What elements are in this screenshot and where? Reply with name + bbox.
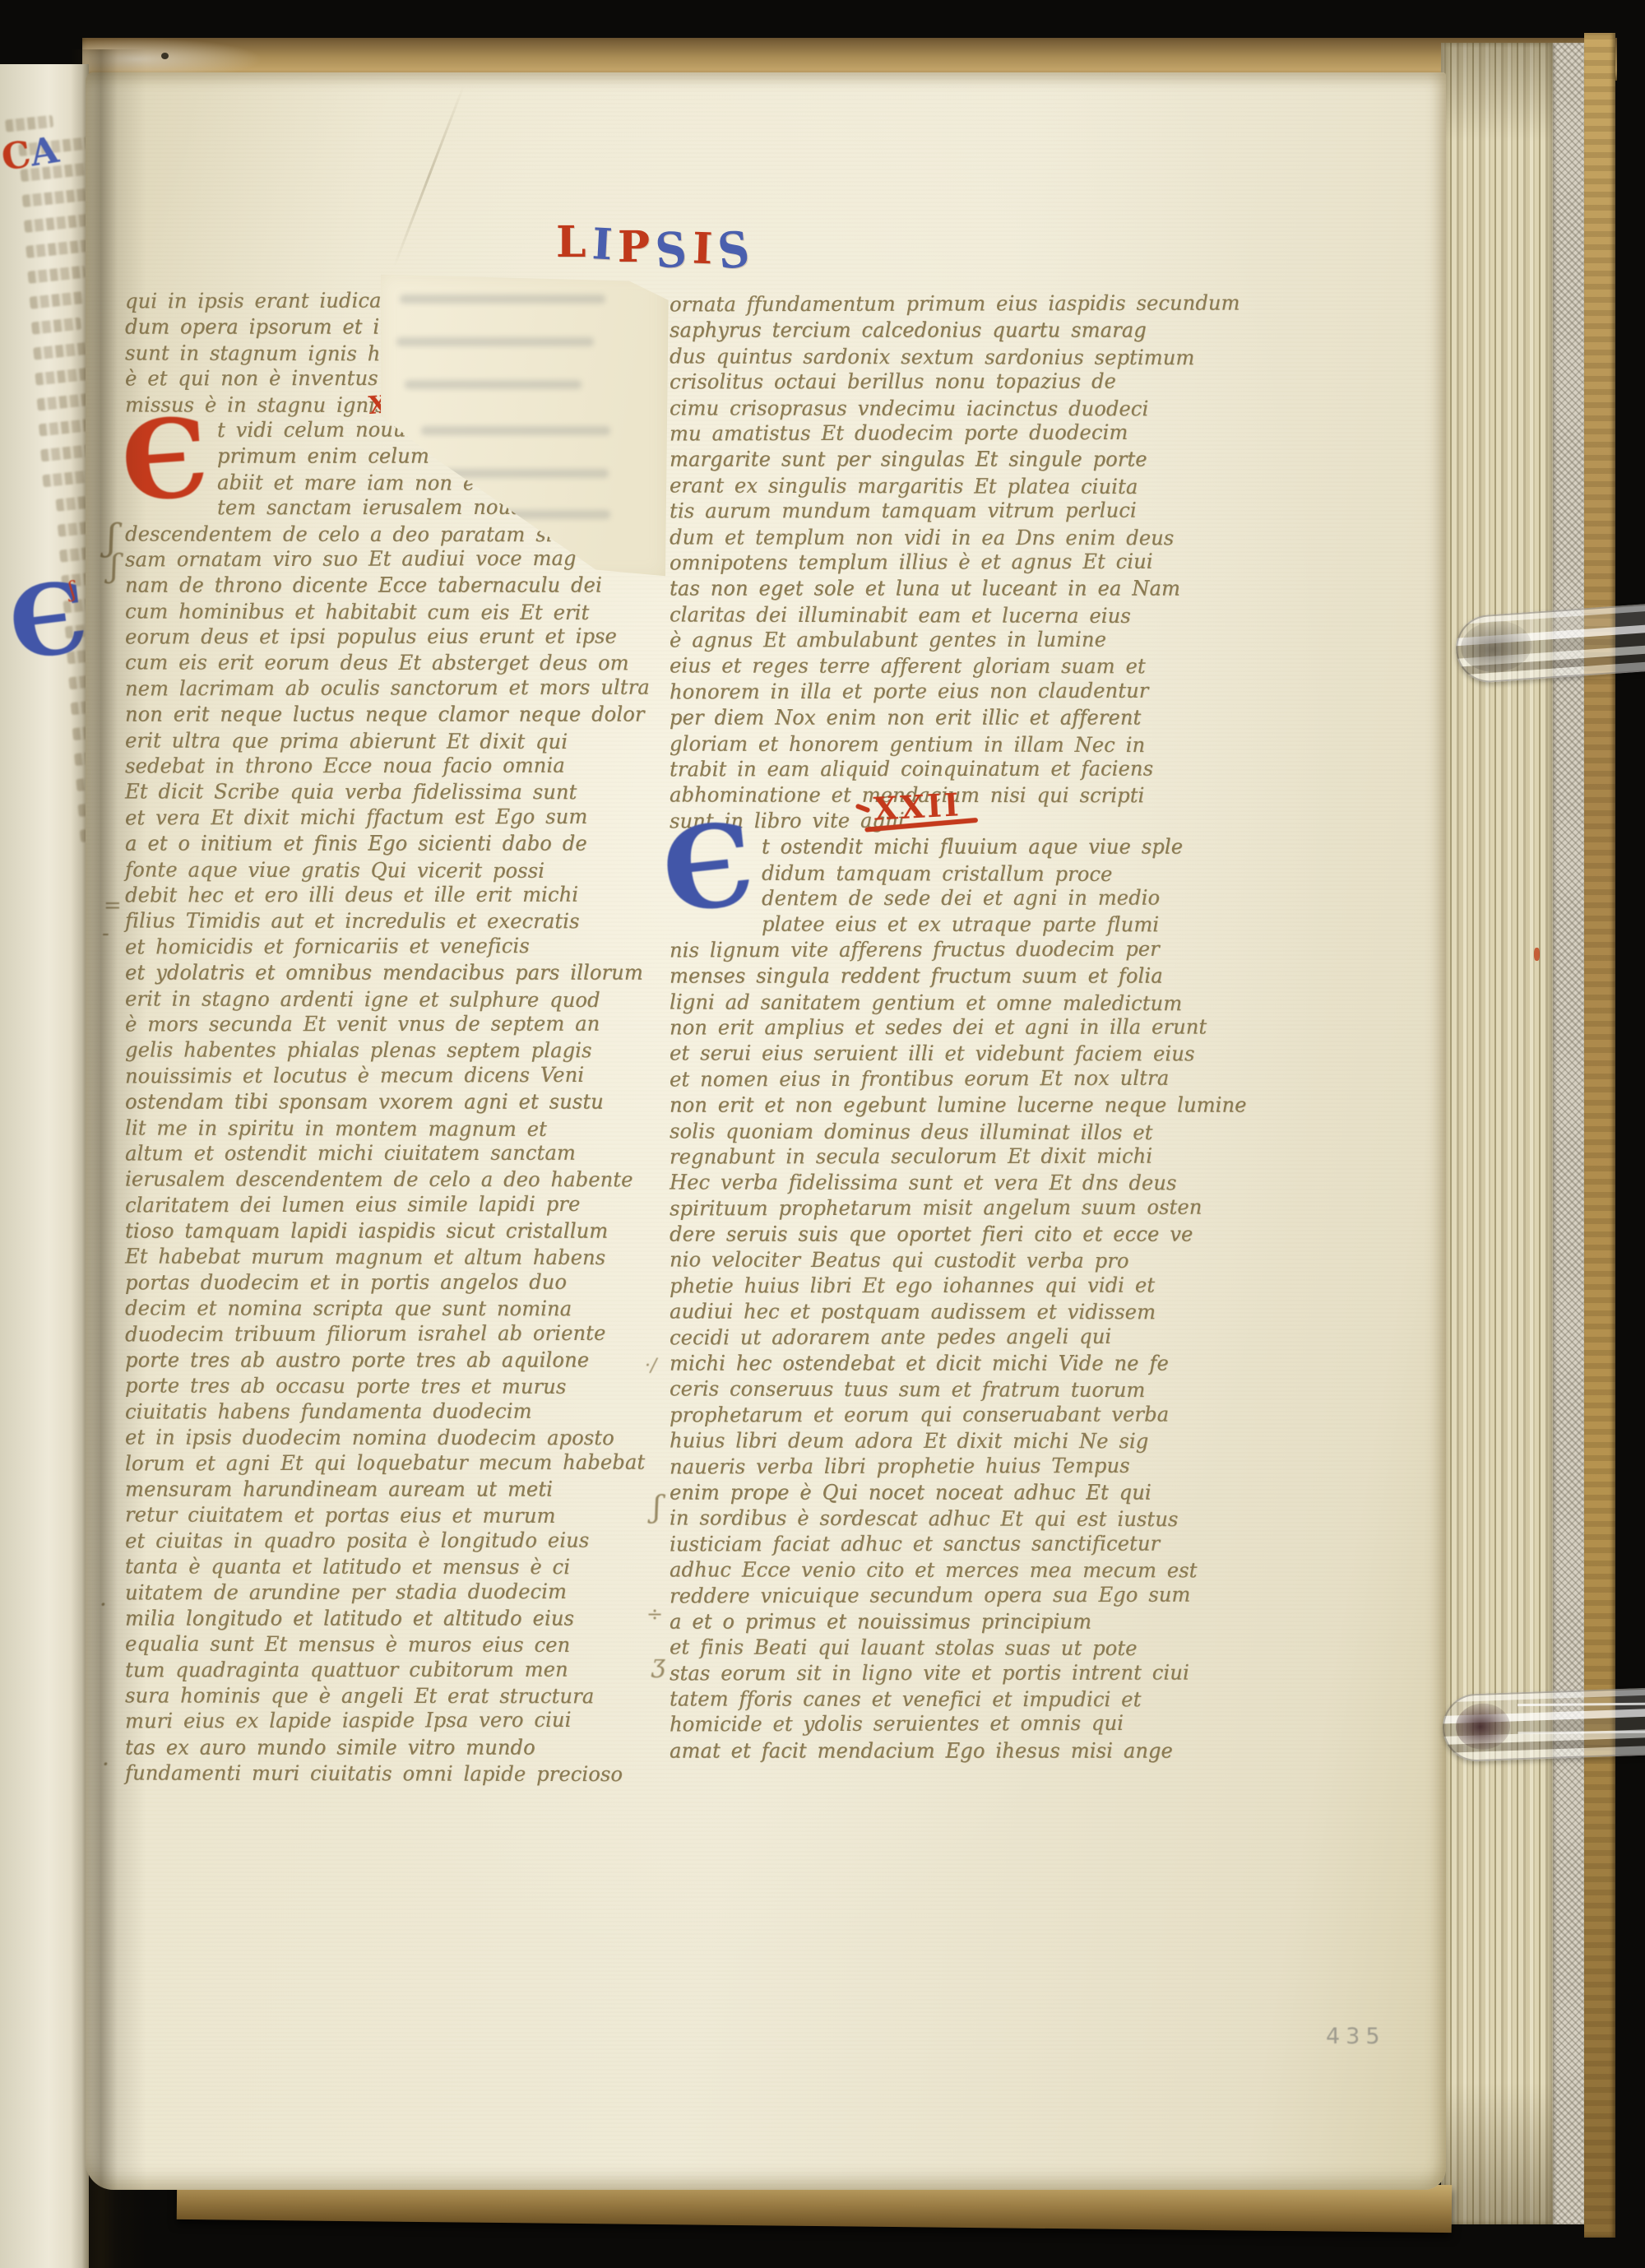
left-column-line: altum et ostendit michi ciuitatem sancta… — [125, 1140, 619, 1168]
facing-page-running-title-fragment: CA — [0, 129, 62, 179]
left-column-line: fonte aque viue gratis Qui vicerit possi — [125, 857, 619, 886]
right-column-line: per diem Nox enim non erit illic et affe… — [670, 705, 1186, 732]
facing-page-text-bar — [58, 519, 89, 536]
right-column-line: homicide et ydolis seruientes et omnis q… — [670, 1711, 1186, 1740]
left-column-line: uitatem de arundine per stadia duodecim — [125, 1579, 619, 1607]
right-column-line: tas non eget sole et luna ut luceant in … — [670, 576, 1186, 603]
running-title-letter: S — [715, 220, 758, 281]
margin-nota-mark: ·/ — [645, 1356, 656, 1376]
left-column-line: filius Timidis aut et incredulis et exec… — [125, 908, 619, 936]
left-column-line: fundamenti muri ciuitatis omni lapide pr… — [125, 1760, 619, 1789]
facing-page-text-bar — [35, 365, 89, 386]
right-column-line: amat et facit mendacium Ego ihesus misi … — [670, 1738, 1186, 1765]
blue-initial-e-chapter-22: Є — [658, 817, 758, 919]
right-column-line: omnipotens templum illius è et agnus Et … — [670, 549, 1186, 577]
right-column-line: adhuc Ecce venio cito et merces mea mecu… — [670, 1557, 1186, 1585]
left-column-line: equalia sunt Et mensus è muros eius cen — [125, 1631, 619, 1660]
facing-page-text-bar — [31, 318, 81, 335]
right-column-line: non erit et non egebunt lumine lucerne n… — [670, 1092, 1186, 1120]
right-column-line: et nomen eius in frontibus eorum Et nox … — [670, 1065, 1186, 1094]
left-column-line: et ciuitas in quadro posita è longitudo … — [125, 1528, 619, 1556]
chapter-numeral-xxii: XXII — [873, 786, 962, 828]
right-column-line: michi hec ostendebat et dicit michi Vide… — [670, 1351, 1186, 1378]
right-column-line: audiui hec et postquam audissem et vidis… — [670, 1299, 1186, 1327]
left-column-line: et homicidis et fornicariis et veneficis — [125, 933, 619, 962]
red-initial-e-chapter-21: Є — [118, 413, 211, 508]
facing-page-text-bar — [56, 494, 89, 512]
left-column-line: et ydolatris et omnibus mendacibus pars … — [125, 960, 619, 987]
facing-page-strip: CA Є ʃ — [0, 64, 89, 2268]
left-column-line: nam de throno dicente Ecce tabernaculu d… — [125, 573, 619, 600]
right-column-line: margarite sunt per singulas Et singule p… — [670, 447, 1186, 474]
right-column-line: mu amatistus Et duodecim porte duodecim — [670, 420, 1186, 448]
right-column-line: regnabunt in secula seculorum Et dixit m… — [670, 1143, 1186, 1171]
left-column-line: claritatem dei lumen eius simile lapidi … — [125, 1191, 619, 1220]
right-column-line: enim prope è Qui nocet noceat adhuc Et q… — [670, 1480, 1186, 1507]
running-title-letter: P — [618, 222, 656, 272]
left-column-line: retur ciuitatem et portas eius et murum — [125, 1502, 619, 1531]
right-column-line: huius libri deum adora Et dixit michi Ne… — [670, 1428, 1186, 1456]
right-column-line: honorem in illa et porte eius non claude… — [670, 678, 1186, 707]
left-column-line: gelis habentes phialas plenas septem pla… — [125, 1037, 619, 1065]
left-column-line: tas ex auro mundo simile vitro mundo — [125, 1735, 619, 1762]
manuscript-photo: CA Є ʃ LIPSIS qui in ipsis erant iudicat… — [0, 0, 1645, 2268]
left-column-line: Et dicit Scribe quia verba fidelissima s… — [125, 779, 619, 807]
right-column-line: è agnus Et ambulabunt gentes in lumine — [670, 627, 1186, 655]
margin-nota-mark: ʃ — [110, 548, 118, 584]
left-column-line: ostendam tibi sponsam vxorem agni et sus… — [125, 1089, 619, 1116]
right-column-line: et finis Beati qui lauant stolas suas ut… — [670, 1635, 1186, 1663]
right-column-line: nio velociter Beatus qui custodit verba … — [670, 1248, 1186, 1277]
margin-nota-mark: ʃ — [653, 1491, 661, 1524]
left-column-line: et in ipsis duodecim nomina duodecim apo… — [125, 1425, 619, 1453]
right-column-line: prophetarum et eorum qui conseruabant ve… — [670, 1402, 1186, 1430]
facing-page-text-bar — [22, 188, 89, 207]
left-column-line: tioso tamquam lapidi iaspidis sicut cris… — [125, 1218, 619, 1245]
right-column-line: iusticiam faciat adhuc et sanctus sancti… — [670, 1531, 1186, 1559]
right-column-line: non erit amplius et sedes dei et agni in… — [670, 1014, 1186, 1042]
facing-page-text-bar — [24, 214, 89, 233]
left-column-line: ierusalem descendentem de celo a deo hab… — [125, 1166, 619, 1194]
facing-page-text-bar — [33, 340, 89, 360]
right-column-line: ceris conseruus tuus sum et fratrum tuor… — [670, 1376, 1186, 1405]
margin-nota-mark: · — [100, 1591, 107, 1618]
running-title-lipsis: LIPSIS — [556, 217, 754, 267]
right-column-line: eius et reges terre afferent gloriam sua… — [670, 654, 1186, 682]
facing-page-text-bar — [42, 469, 89, 487]
margin-nota-mark: - — [102, 921, 109, 946]
patch-ghost-text-line — [444, 469, 609, 478]
patch-ghost-text-line — [396, 337, 594, 346]
right-column-line: menses singula reddent fructum suum et f… — [670, 963, 1186, 990]
red-paint-fleck — [1534, 948, 1540, 961]
running-title-letter: L — [556, 217, 592, 267]
margin-nota-mark: = — [104, 893, 122, 918]
right-column-line: saphyrus tercium calcedonius quartu smar… — [670, 318, 1186, 345]
glass-page-weight-lower — [1442, 1688, 1645, 1763]
vellum-cover-edge — [1584, 33, 1615, 2238]
right-column-line: phetie huius libri Et ego iohannes qui v… — [670, 1273, 1186, 1301]
facing-page-text-bar — [39, 417, 89, 436]
head-edge-speck — [161, 53, 169, 59]
right-column-line: stas eorum sit in ligno vite et portis i… — [670, 1660, 1186, 1688]
facing-page-text-bar — [40, 443, 89, 461]
right-column-line: trabit in eam aliquid coinquinatum et fa… — [670, 756, 1186, 784]
left-column-line: eorum deus et ipsi populus eius erunt et… — [125, 624, 619, 652]
facing-page-text-bar — [27, 266, 86, 284]
left-column-line: tum quadraginta quattuor cubitorum men — [125, 1657, 619, 1685]
left-column-line: sam ornatam viro suo Et audiui voce mag — [125, 545, 619, 574]
right-column-line: a et o primus et nouissimus principium — [670, 1609, 1186, 1636]
folio-number: 435 — [1326, 2024, 1386, 2049]
left-column-line: ciuitatis habens fundamenta duodecim — [125, 1398, 619, 1426]
facing-page-text-bar — [30, 291, 84, 309]
patch-ghost-text-line — [421, 426, 610, 435]
right-column-line: Hec verba fidelissima sunt et vera Et dn… — [670, 1170, 1186, 1198]
left-column-line: sedebat in throno Ecce noua facio omnia — [125, 753, 619, 781]
right-column-line: ornata ffundamentum primum eius iaspidis… — [670, 290, 1186, 319]
patch-ghost-text-line — [400, 295, 605, 304]
right-column-line: et serui eius seruient illi et videbunt … — [670, 1041, 1186, 1069]
margin-nota-mark: ÷ — [646, 1602, 663, 1626]
left-column-line: muri eius ex lapide iaspide Ipsa vero ci… — [125, 1708, 619, 1737]
left-column-line: nouissimis et locutus è mecum dicens Ven… — [125, 1062, 619, 1091]
left-column-line: cum eis erit eorum deus Et absterget deu… — [125, 651, 619, 679]
patch-ghost-text-line — [405, 380, 582, 389]
left-column-line: mensuram harundineam auream ut meti — [125, 1477, 619, 1504]
running-title-letter: I — [591, 219, 619, 271]
left-column-line: et vera Et dixit michi ffactum est Ego s… — [125, 804, 619, 833]
right-column-line: reddere vnicuique secundum opera sua Ego… — [670, 1582, 1186, 1611]
binding-chevron-band — [1553, 43, 1584, 2224]
left-column-line: non erit neque luctus neque clamor neque… — [125, 702, 619, 729]
right-column-line: dere seruis suis que oportet fieri cito … — [670, 1222, 1186, 1249]
facing-page-text-lines — [3, 110, 89, 1946]
left-column-line: Et habebat murum magnum et altum habens — [125, 1245, 619, 1273]
left-column-line: decim et nomina scripta que sunt nomina — [125, 1296, 619, 1324]
left-column-line: tanta è quanta et latitudo et mensus è c… — [125, 1554, 619, 1582]
margin-nota-mark: ʒ — [651, 1650, 665, 1679]
facing-page-initial-e: Є — [4, 568, 89, 675]
right-column-line: nis lignum vite afferens fructus duodeci… — [670, 936, 1186, 965]
margin-nota-mark: · — [102, 1751, 109, 1778]
left-column-line: debit hec et ero illi deus et ille erit … — [125, 882, 619, 910]
facing-page-text-bar — [37, 392, 89, 411]
left-column-line: duodecim tribuum filiorum israhel ab ori… — [125, 1320, 619, 1349]
left-column-line: è mors secunda Et venit vnus de septem a… — [125, 1011, 619, 1039]
glass-page-weight-upper — [1453, 604, 1645, 684]
left-column-line: porte tres ab occasu porte tres et murus — [125, 1373, 619, 1402]
left-column-line: portas duodecim et in portis angelos duo — [125, 1269, 619, 1297]
left-column-line: milia longitudo et latitudo et altitudo … — [125, 1606, 619, 1633]
right-column-line: tis aurum mundum tamquam vitrum perluci — [670, 498, 1186, 526]
left-column-line: lorum et agni Et qui loquebatur mecum ha… — [125, 1449, 619, 1478]
right-text-column: ornata ffundamentum primum eius iaspidis… — [670, 293, 1186, 1765]
left-column-line: nem lacrimam ab oculis sanctorum et mors… — [125, 675, 619, 703]
left-column-line: lit me in spiritu in montem magnum et — [125, 1115, 619, 1144]
right-column-line: naueris verba libri prophetie huius Temp… — [670, 1453, 1186, 1482]
left-column-line: a et o initium et finis Ego sicienti dab… — [125, 831, 619, 858]
right-column-line: spirituum prophetarum misit angelum suum… — [670, 1194, 1186, 1223]
textblock-fore-edge — [1441, 43, 1553, 2224]
left-column-line: erit in stagno ardenti igne et sulphure … — [125, 986, 619, 1015]
running-title-letter: S — [654, 221, 694, 280]
facing-page-text-bar — [25, 239, 88, 258]
left-column-line: porte tres ab austro porte tres ab aquil… — [125, 1347, 619, 1375]
running-title-letter: I — [692, 223, 719, 274]
right-column-line: cecidi ut adorarem ante pedes angeli qui — [670, 1324, 1186, 1352]
right-column-line: crisolitus octaui berillus nonu topazius… — [670, 369, 1186, 397]
right-column-line: in sordibus è sordescat adhuc Et qui est… — [670, 1505, 1186, 1534]
